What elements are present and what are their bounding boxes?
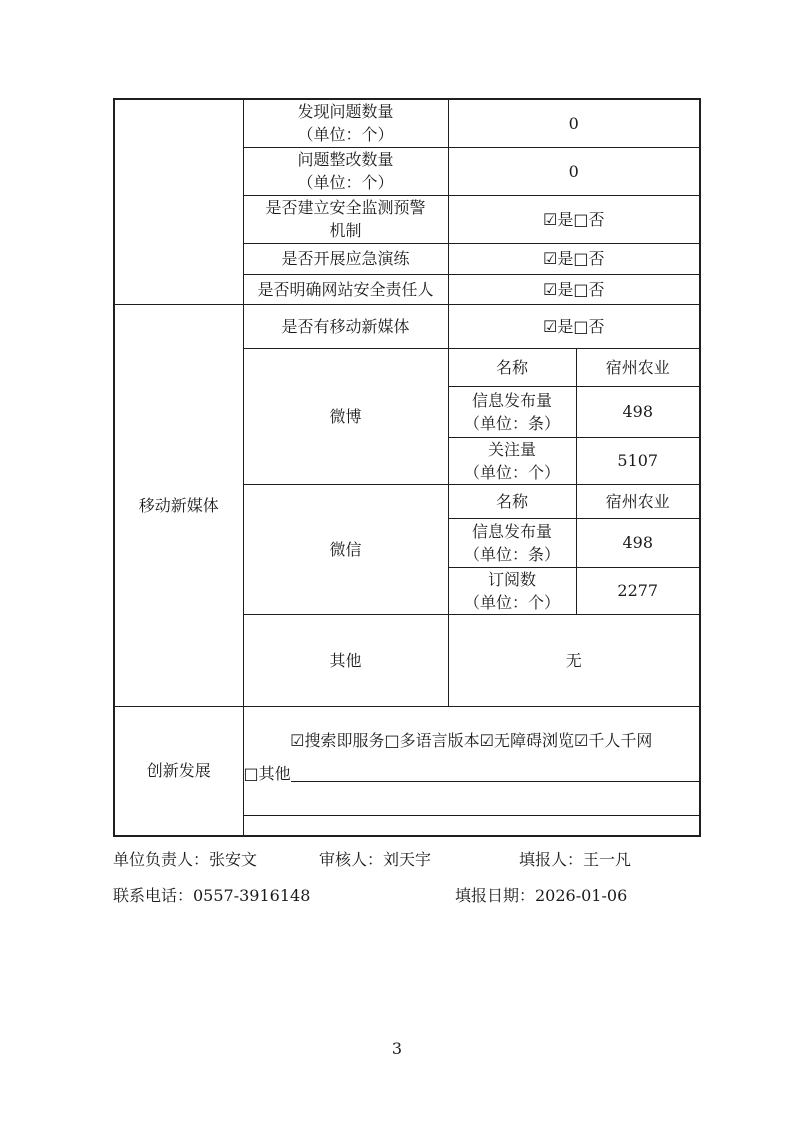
other-media-label: 其他 [243,614,448,706]
security-responsible-label: 是否明确网站安全责任人 [243,274,448,304]
footer-signature-line: 单位负责人：张安文 审核人：刘天宇 填报人：王一凡 [113,847,713,869]
weibo-posts-label: 信息发布量 （单位：条） [448,386,576,437]
unit-head: 单位负责人：张安文 [113,847,257,870]
innovation-group-label: 创新发展 [114,706,243,836]
found-issues-value: 0 [448,99,700,147]
report-table: 发现问题数量 （单位：个） 0 问题整改数量 （单位：个） 0 是否建立安全监测… [113,98,701,837]
weibo-posts-value: 498 [576,386,700,437]
weibo-label: 微博 [243,348,448,484]
continuation-group-cell [114,99,243,304]
wechat-posts-label: 信息发布量 （单位：条） [448,518,576,567]
emergency-drill-label: 是否开展应急演练 [243,243,448,274]
document-page: 发现问题数量 （单位：个） 0 问题整改数量 （单位：个） 0 是否建立安全监测… [0,0,794,1122]
weibo-name-value: 宿州农业 [576,348,700,386]
innovation-content-cell: ☑搜索即服务□多语言版本☑无障碍浏览☑千人千网 □其他 [243,706,700,836]
footer-contact-line: 联系电话：0557-3916148 填报日期：2026-01-06 [113,883,713,905]
has-mobile-media-label: 是否有移动新媒体 [243,304,448,348]
mobile-media-group-label: 移动新媒体 [114,304,243,706]
other-media-value: 无 [448,614,700,706]
security-monitoring-label: 是否建立安全监测预警 机制 [243,195,448,243]
wechat-name-label: 名称 [448,484,576,518]
has-mobile-media-checkbox-value: ☑是□否 [448,304,700,348]
weibo-name-label: 名称 [448,348,576,386]
innovation-options: ☑搜索即服务□多语言版本☑无障碍浏览☑千人千网 [244,726,700,756]
weibo-followers-label: 关注量 （单位：个） [448,437,576,484]
reviewer: 审核人：刘天宇 [319,847,431,870]
wechat-subscribers-value: 2277 [576,567,700,614]
found-issues-label: 发现问题数量 （单位：个） [243,99,448,147]
weibo-followers-value: 5107 [576,437,700,484]
emergency-drill-checkbox-value: ☑是□否 [448,243,700,274]
security-monitoring-checkbox-value: ☑是□否 [448,195,700,243]
table-row: 创新发展 ☑搜索即服务□多语言版本☑无障碍浏览☑千人千网 □其他 [114,706,700,836]
wechat-posts-value: 498 [576,518,700,567]
innovation-other-underline [291,781,699,782]
contact-phone: 联系电话：0557-3916148 [113,883,310,906]
wechat-label: 微信 [243,484,448,614]
page-number: 3 [0,1039,794,1058]
table-row: 移动新媒体 是否有移动新媒体 ☑是□否 [114,304,700,348]
innovation-other-line: □其他 [244,756,700,786]
security-responsible-checkbox-value: ☑是□否 [448,274,700,304]
wechat-name-value: 宿州农业 [576,484,700,518]
innovation-extra-underline [244,786,700,816]
innovation-other-option: □其他 [244,762,291,786]
rectified-issues-value: 0 [448,147,700,195]
table-row: 发现问题数量 （单位：个） 0 [114,99,700,147]
rectified-issues-label: 问题整改数量 （单位：个） [243,147,448,195]
wechat-subscribers-label: 订阅数 （单位：个） [448,567,576,614]
report-date: 填报日期：2026-01-06 [455,883,627,906]
filler: 填报人：王一凡 [519,847,631,870]
